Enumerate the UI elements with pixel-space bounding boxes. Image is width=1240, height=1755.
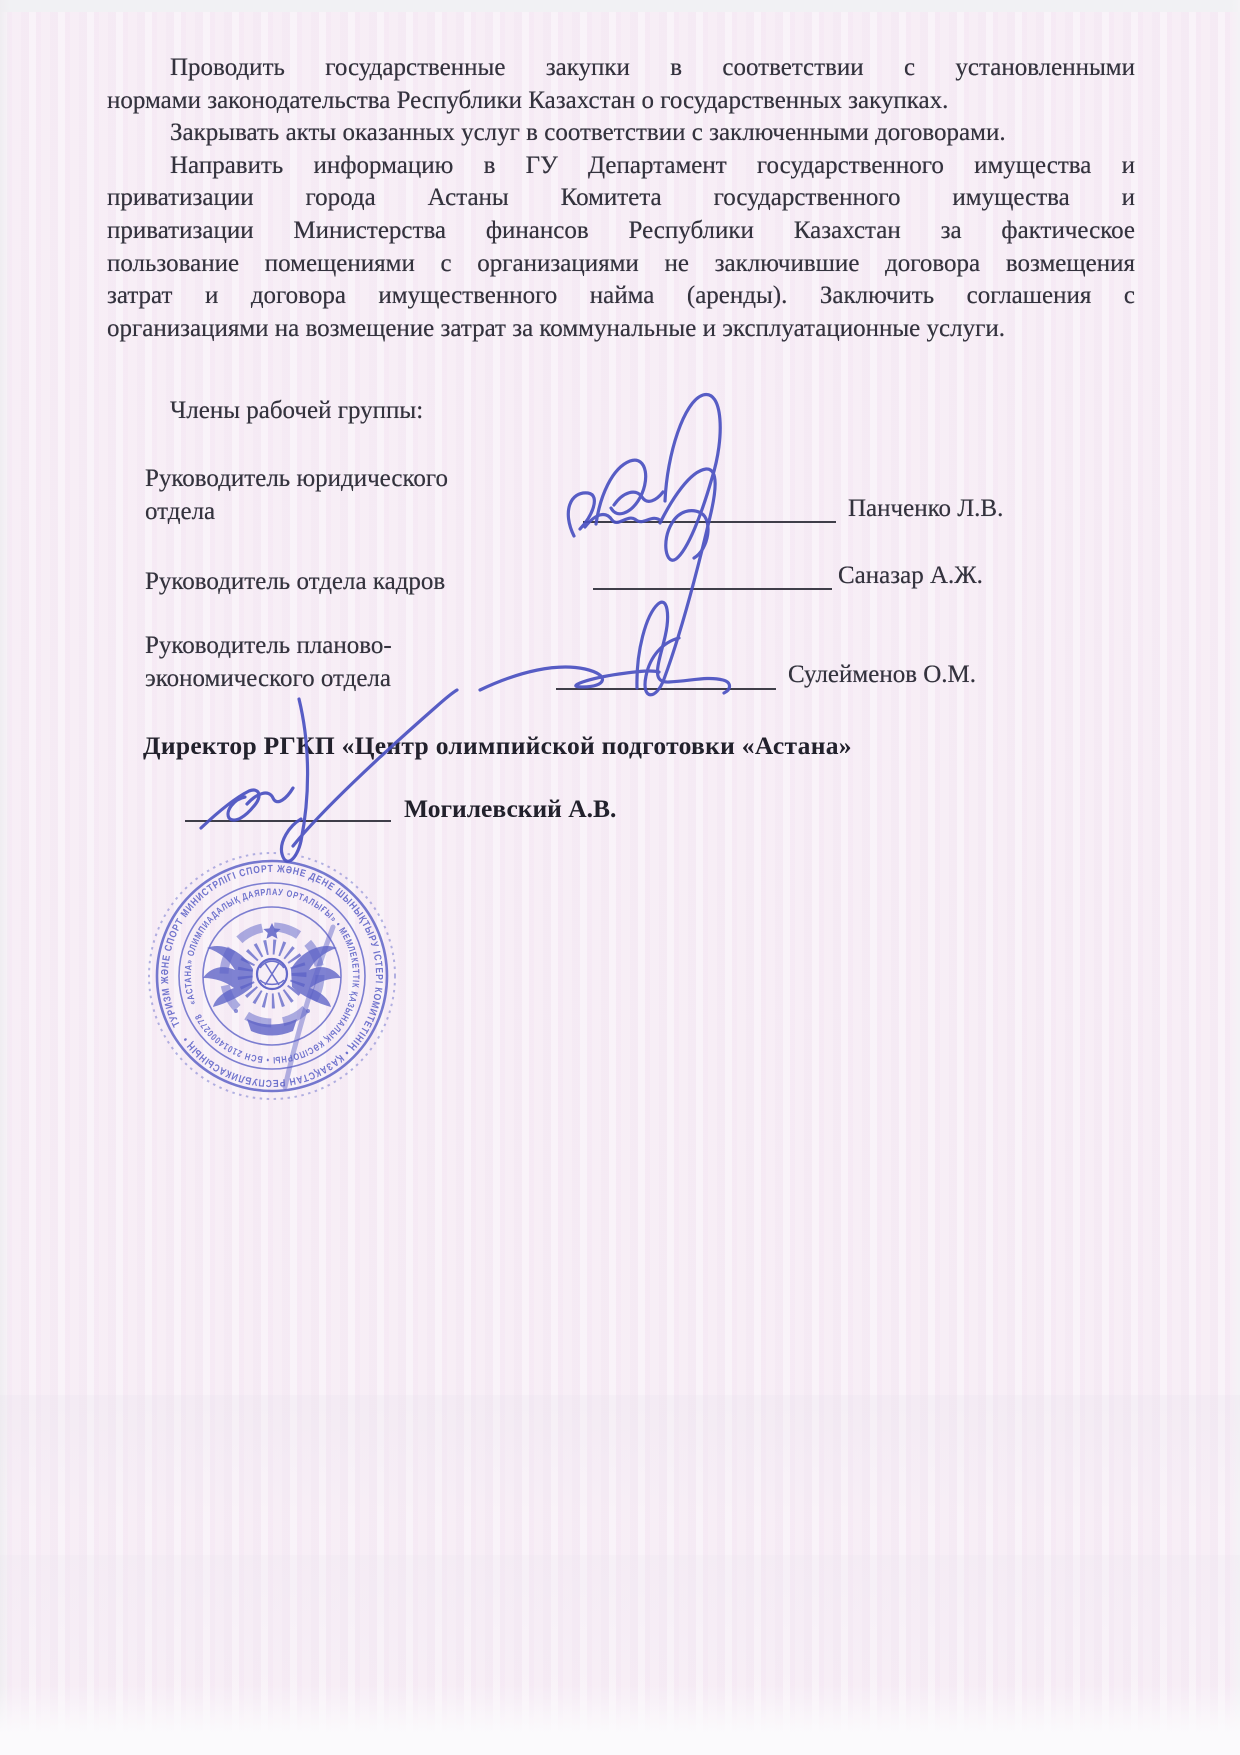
- signatory-title: Руководитель отдела кадров: [145, 565, 565, 598]
- signature-sanazar: [568, 469, 715, 695]
- signatory-title: Руководитель юридического отдела: [145, 462, 475, 528]
- director-name: Могилевский А.В.: [404, 794, 616, 824]
- director-title: Директор РГКП «Центр олимпийской подгото…: [143, 731, 852, 761]
- paragraph-line: приватизации Министерства финансов Респу…: [107, 215, 1135, 248]
- paragraph-line: Закрывать акты оказанных услуг в соответ…: [107, 117, 1135, 150]
- working-group-heading: Члены рабочей группы:: [170, 397, 423, 425]
- paragraph-line: нормами законодательства Республики Каза…: [107, 85, 1135, 118]
- stamp-emblem-kazakhstan-arms: [203, 923, 341, 1036]
- signature-rule: [556, 688, 776, 690]
- scan-edge-top: [0, 0, 1240, 12]
- signatory-title: Руководитель планово-экономического отде…: [145, 629, 465, 695]
- document-body: Проводить государственные закупки в соот…: [107, 52, 1135, 345]
- scan-edge-bottom: [0, 1685, 1240, 1755]
- signature-rule: [185, 820, 391, 822]
- signature-suleimenov: [480, 602, 730, 693]
- paragraph-line: Проводить государственные закупки в соот…: [107, 52, 1135, 85]
- signature-rule: [583, 521, 836, 523]
- signature-rule: [593, 588, 832, 590]
- paragraph-line: Направить информацию в ГУ Департамент го…: [107, 150, 1135, 183]
- scanned-document-page: Проводить государственные закупки в соот…: [0, 0, 1240, 1755]
- scan-artifact-band: [0, 1395, 1240, 1515]
- signatory-name: Саназар А.Ж.: [838, 563, 983, 589]
- official-stamp: ТУРИЗМ ЖӘНЕ СПОРТ МИНИСТРЛІГІ СПОРТ ЖӘНЕ…: [137, 841, 407, 1111]
- scan-artifact-band: [0, 1555, 1240, 1690]
- signature-panchenko: [596, 394, 720, 560]
- signature-mogilevskiy: [201, 690, 457, 861]
- signatory-name: Панченко Л.В.: [848, 496, 1003, 522]
- paragraph-line: организациями на возмещение затрат за ко…: [107, 313, 1135, 346]
- paragraph-line: затрат и договора имущественного найма (…: [107, 280, 1135, 313]
- paragraph-line: пользование помещениями с организациями …: [107, 248, 1135, 281]
- signatory-name: Сулейменов О.М.: [788, 662, 976, 688]
- paragraph-line: приватизации города Астаны Комитета госу…: [107, 182, 1135, 215]
